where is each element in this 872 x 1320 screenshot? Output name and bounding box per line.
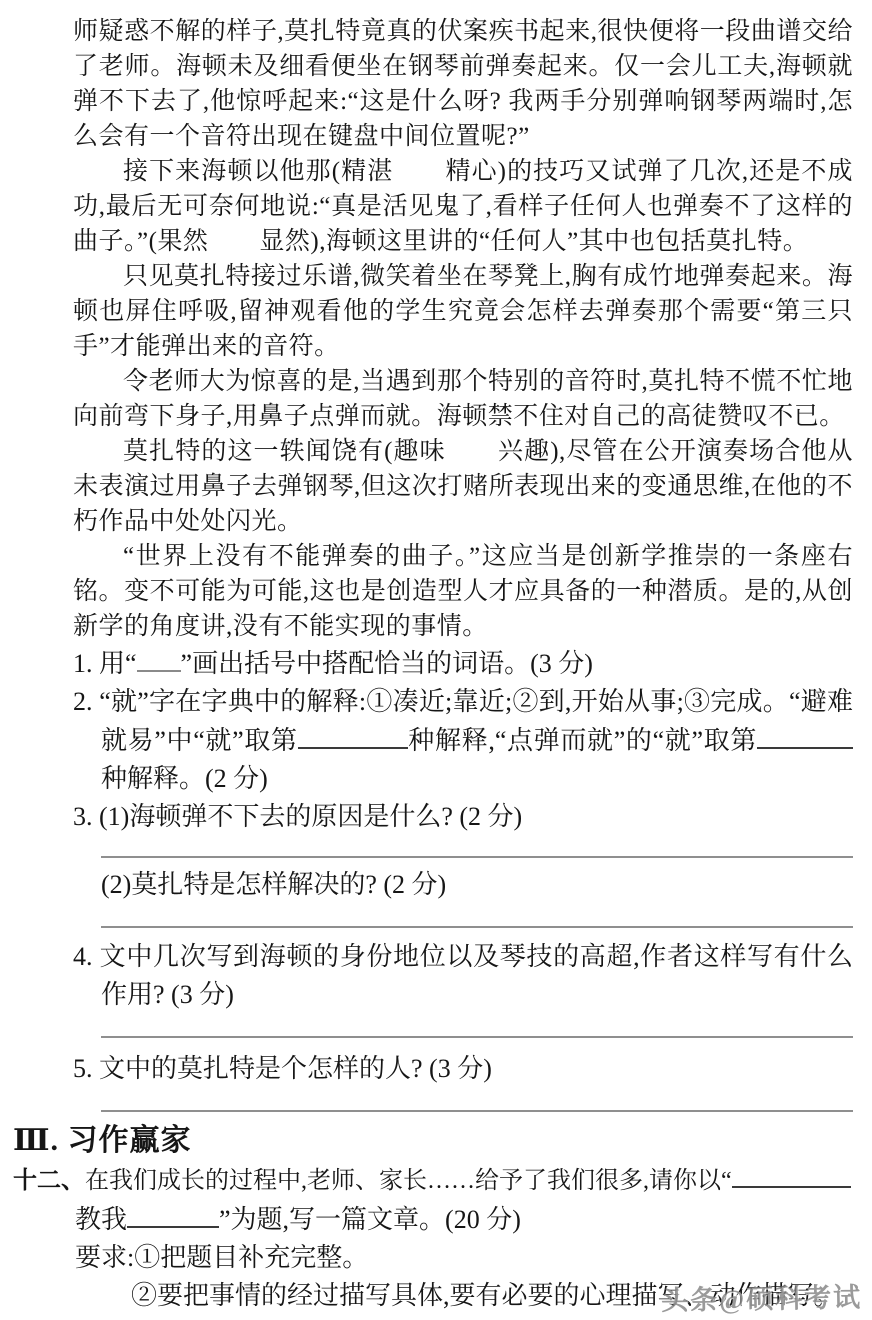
passage-paragraph: 令老师大为惊喜的是,当遇到那个特别的音符时,莫扎特不慌不忙地向前弯下身子,用鼻子… [73,364,853,434]
essay-question-number: 十二、 [13,1162,85,1200]
passage-paragraph: “世界上没有不能弹奏的曲子。”这应当是创新学推崇的一条座右铭。变不可能为可能,这… [73,539,853,644]
passage-paragraph: 莫扎特的这一轶闻饶有(趣味 兴趣),尽管在公开演奏场合他从未表演过用鼻子去弹钢琴… [73,434,853,539]
passage-paragraph: 接下来海顿以他那(精湛 精心)的技巧又试弹了几次,还是不成功,最后无可奈何地说:… [73,154,853,259]
question-1-text: 1. 用“ [73,649,137,678]
reading-passage: 师疑惑不解的样子,莫扎特竟真的伏案疾书起来,很快便将一段曲谱交给了老师。海顿未及… [73,14,853,644]
blank-underline [137,644,181,672]
blank-underline [127,1200,219,1228]
essay-requirement-1: 要求:①把题目补充完整。 [75,1239,853,1277]
essay-question-text: 在我们成长的过程中,老师、家长……给予了我们很多,请你以“ [85,1162,732,1200]
blank-underline [732,1162,851,1188]
answer-line [101,856,853,858]
question-5: 5. 文中的莫扎特是个怎样的人? (3 分) [101,1050,853,1088]
answer-line [101,926,853,928]
question-5-text: 5. 文中的莫扎特是个怎样的人? (3 分) [73,1054,492,1083]
question-2-text: 种解释,“点弹而就”的“就”取第 [408,726,757,755]
question-2-text: 种解释。(2 分) [101,764,268,793]
passage-paragraph: 师疑惑不解的样子,莫扎特竟真的伏案疾书起来,很快便将一段曲谱交给了老师。海顿未及… [73,14,853,154]
question-3-part1-text: 3. (1)海顿弹不下去的原因是什么? (2 分) [73,802,522,831]
watermark: 头条@硕科考试 [661,1275,863,1318]
question-3-part1: 3. (1)海顿弹不下去的原因是什么? (2 分) [101,798,853,836]
essay-question-line1: 十二、在我们成长的过程中,老师、家长……给予了我们很多,请你以“ [13,1162,853,1200]
passage-paragraph: 只见莫扎特接过乐谱,微笑着坐在琴凳上,胸有成竹地弹奏起来。海顿也屏住呼吸,留神观… [73,259,853,364]
question-3-part2: (2)莫扎特是怎样解决的? (2 分) [101,866,853,904]
blank-underline [298,721,408,749]
question-1: 1. 用“”画出括号中搭配恰当的词语。(3 分) [101,644,853,683]
exam-page: 师疑惑不解的样子,莫扎特竟真的伏案疾书起来,很快便将一段曲谱交给了老师。海顿未及… [0,0,872,1320]
essay-question-line2: 教我”为题,写一篇文章。(20 分) [75,1200,853,1239]
answer-line [101,1110,853,1112]
blank-underline [757,721,853,749]
section-heading: Ⅲ. 习作赢家 [13,1120,853,1162]
essay-question-text: 教我 [75,1205,127,1234]
answer-line [101,1036,853,1038]
question-4-text: 4. 文中几次写到海顿的身份地位以及琴技的高超,作者这样写有什么作用? (3 分… [73,942,853,1009]
question-4: 4. 文中几次写到海顿的身份地位以及琴技的高超,作者这样写有什么作用? (3 分… [101,938,853,1014]
question-list: 1. 用“”画出括号中搭配恰当的词语。(3 分) 2. “就”字在字典中的解释:… [73,644,853,1112]
question-1-text: ”画出括号中搭配恰当的词语。(3 分) [181,649,593,678]
question-3-part2-text: (2)莫扎特是怎样解决的? (2 分) [101,870,446,899]
question-2: 2. “就”字在字典中的解释:①凑近;靠近;②到,开始从事;③完成。“避难就易”… [101,683,853,798]
essay-question-text: ”为题,写一篇文章。(20 分) [219,1205,521,1234]
